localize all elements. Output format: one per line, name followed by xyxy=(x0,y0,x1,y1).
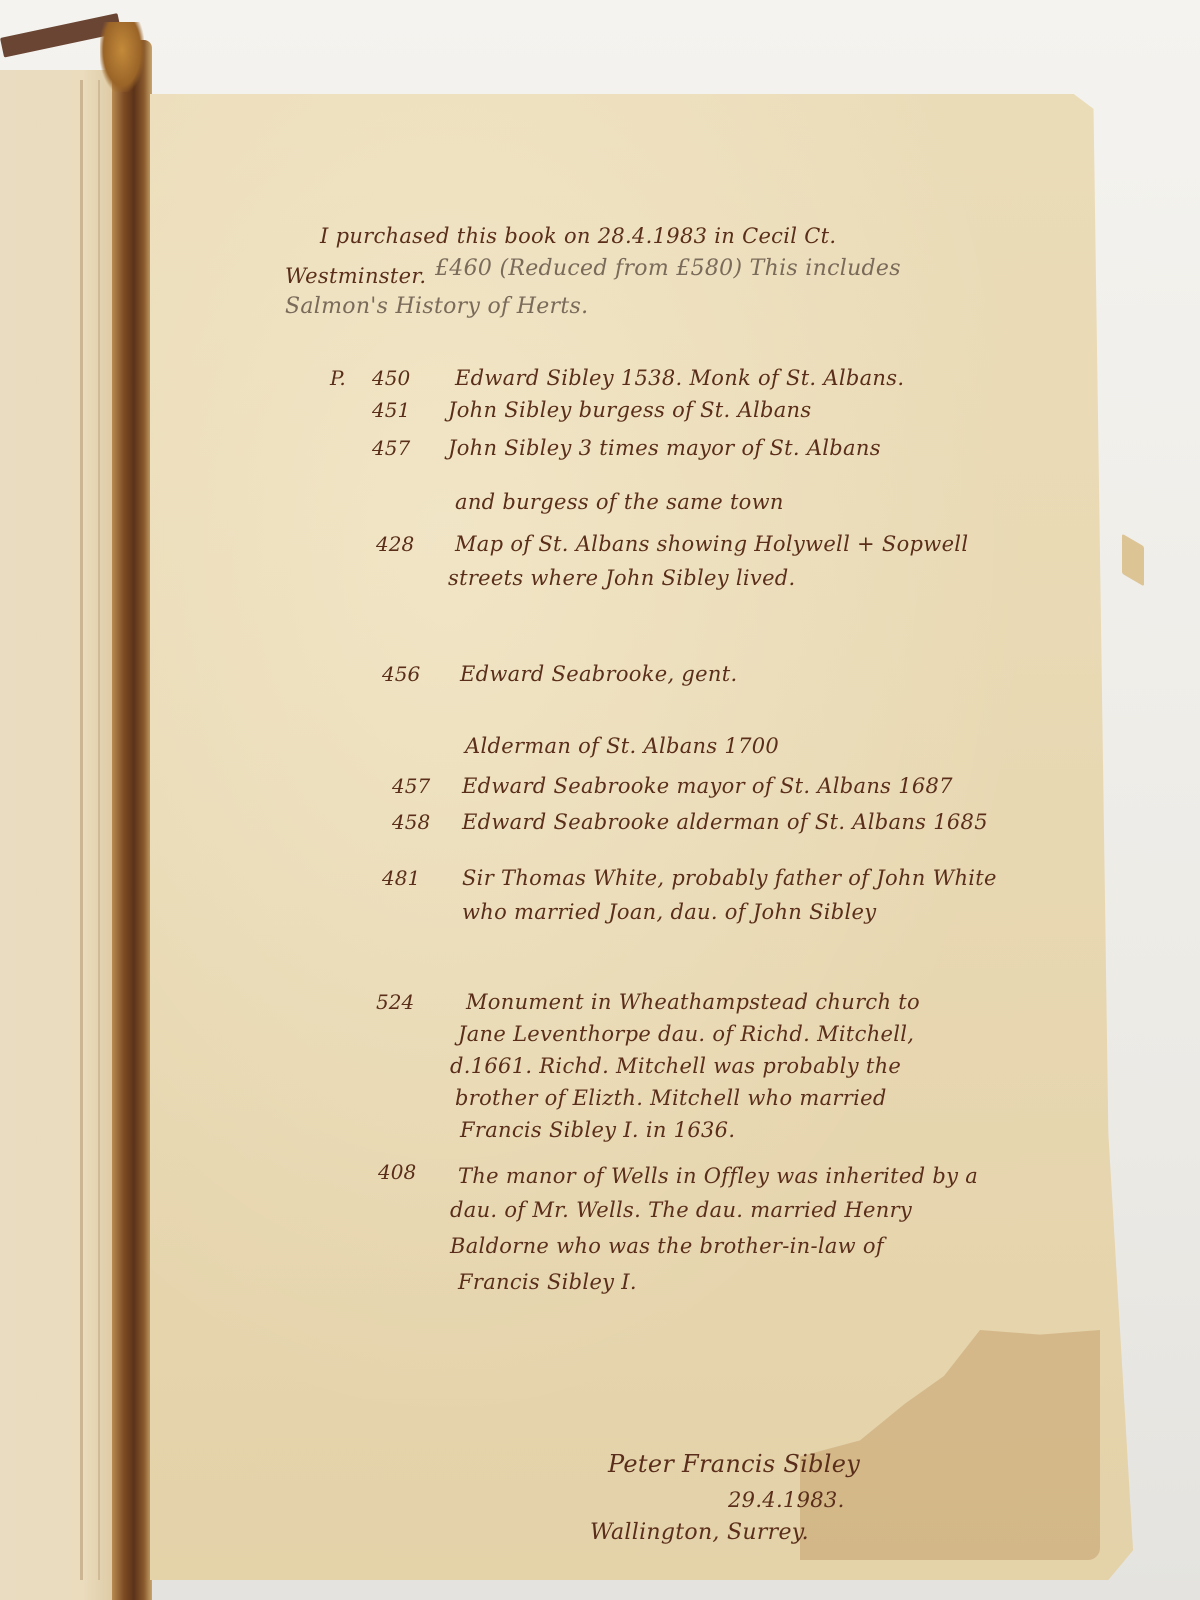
entry-text: Edward Seabrooke mayor of St. Albans 168… xyxy=(462,774,953,798)
entry-text: d.1661. Richd. Mitchell was probably the xyxy=(450,1054,901,1078)
entry-text: Sir Thomas White, probably father of Joh… xyxy=(462,866,997,890)
purchase-note-price: £460 (Reduced from £580) This includes xyxy=(435,256,901,281)
entry-text: Edward Seabrooke alderman of St. Albans … xyxy=(462,810,988,834)
entry-text: Baldorne who was the brother-in-law of xyxy=(450,1234,884,1258)
entry-text: brother of Elizth. Mitchell who married xyxy=(455,1086,887,1110)
purchase-note-includes: Salmon's History of Herts. xyxy=(285,294,588,319)
entry-text: The manor of Wells in Offley was inherit… xyxy=(458,1164,978,1188)
entry-text: who married Joan, dau. of John Sibley xyxy=(462,900,876,924)
entry-text: Map of St. Albans showing Holywell + Sop… xyxy=(455,532,968,556)
book-spine xyxy=(112,40,152,1600)
entry-text: Francis Sibley I. in 1636. xyxy=(460,1118,735,1142)
entry-text: Alderman of St. Albans 1700 xyxy=(465,734,779,758)
entry-page-number: 451 xyxy=(372,398,410,422)
entry-page-number: 408 xyxy=(378,1160,416,1184)
signature-name: Peter Francis Sibley xyxy=(608,1450,860,1478)
entry-text: Edward Sibley 1538. Monk of St. Albans. xyxy=(455,366,904,390)
entry-text: John Sibley burgess of St. Albans xyxy=(448,398,811,422)
flyleaf-page: I purchased this book on 28.4.1983 in Ce… xyxy=(150,94,1138,1580)
entry-text: and burgess of the same town xyxy=(455,490,784,514)
entry-text: dau. of Mr. Wells. The dau. married Henr… xyxy=(450,1198,912,1222)
entry-page-number: 524 xyxy=(376,990,414,1014)
left-page-crease xyxy=(80,80,83,1580)
entry-page-number: 428 xyxy=(376,532,414,556)
left-page-crease xyxy=(98,80,100,1580)
loose-tab xyxy=(1122,534,1144,587)
water-stain xyxy=(800,1330,1100,1560)
signature-date: 29.4.1983. xyxy=(728,1488,845,1512)
entry-page-number: 458 xyxy=(392,810,430,834)
spine-top-damage xyxy=(100,22,144,92)
page-prefix: P. xyxy=(330,366,346,390)
entry-page-number: 457 xyxy=(372,436,410,460)
entry-text: John Sibley 3 times mayor of St. Albans xyxy=(448,436,881,460)
entry-text: Edward Seabrooke, gent. xyxy=(460,662,737,686)
entry-page-number: 450 xyxy=(372,366,410,390)
entry-page-number: 457 xyxy=(392,774,430,798)
entry-text: Francis Sibley I. xyxy=(458,1270,637,1294)
entry-page-number: 481 xyxy=(382,866,420,890)
signature-place: Wallington, Surrey. xyxy=(590,1520,809,1545)
entry-text: Monument in Wheathampstead church to xyxy=(466,990,920,1014)
entry-text: streets where John Sibley lived. xyxy=(448,566,796,590)
entry-page-number: 456 xyxy=(382,662,420,686)
entry-text: Jane Leventhorpe dau. of Richd. Mitchell… xyxy=(458,1022,914,1046)
purchase-note-location: Westminster. xyxy=(285,264,426,288)
purchase-note-line1: I purchased this book on 28.4.1983 in Ce… xyxy=(320,224,836,248)
